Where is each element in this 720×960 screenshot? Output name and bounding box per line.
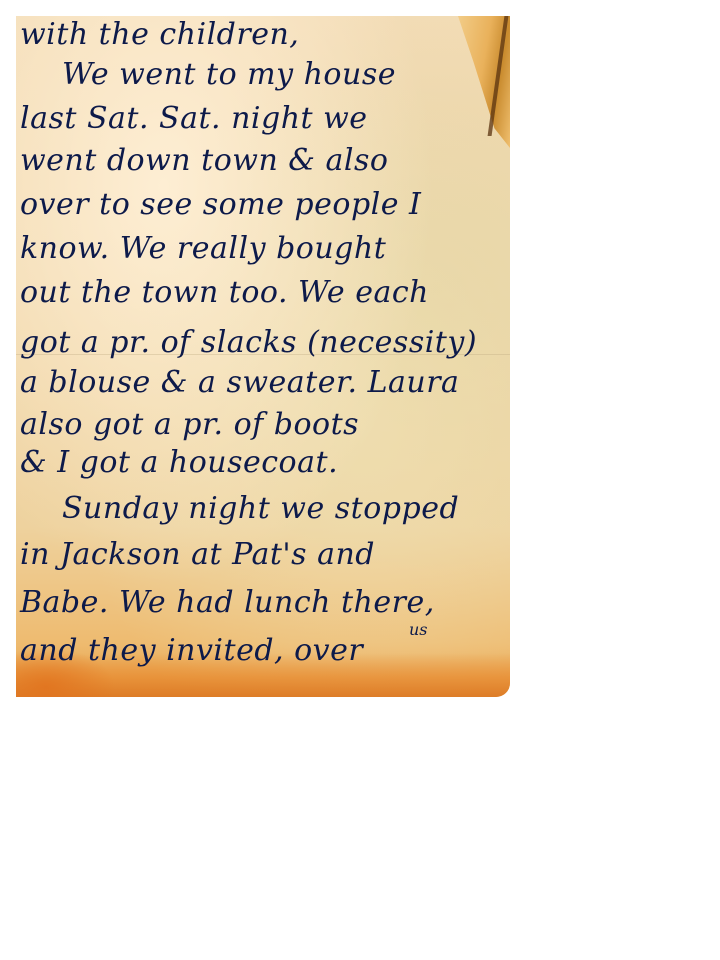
inserted-word: us — [409, 620, 428, 639]
letter-page: with the children, We went to my house l… — [16, 16, 510, 697]
letter-line: know. We really bought — [20, 234, 386, 264]
letter-line: last Sat. Sat. night we — [20, 104, 368, 134]
letter-line: also got a pr. of boots — [20, 410, 359, 440]
letter-line: got a pr. of slacks (necessity) — [20, 328, 477, 358]
letter-line: Sunday night we stopped — [62, 494, 459, 524]
letter-line: a blouse & a sweater. Laura — [20, 368, 459, 398]
handwritten-text: with the children, We went to my house l… — [16, 16, 510, 697]
letter-line: over to see some people I — [20, 190, 421, 220]
letter-line: and they invited, over — [20, 636, 363, 666]
letter-line: Babe. We had lunch there, — [20, 588, 435, 618]
letter-line: & I got a housecoat. — [20, 448, 338, 478]
letter-line: went down town & also — [20, 146, 388, 176]
letter-line: with the children, — [20, 20, 299, 50]
letter-line: We went to my house — [62, 60, 396, 90]
letter-line: in Jackson at Pat's and — [20, 540, 375, 570]
letter-line: out the town too. We each — [20, 278, 429, 308]
